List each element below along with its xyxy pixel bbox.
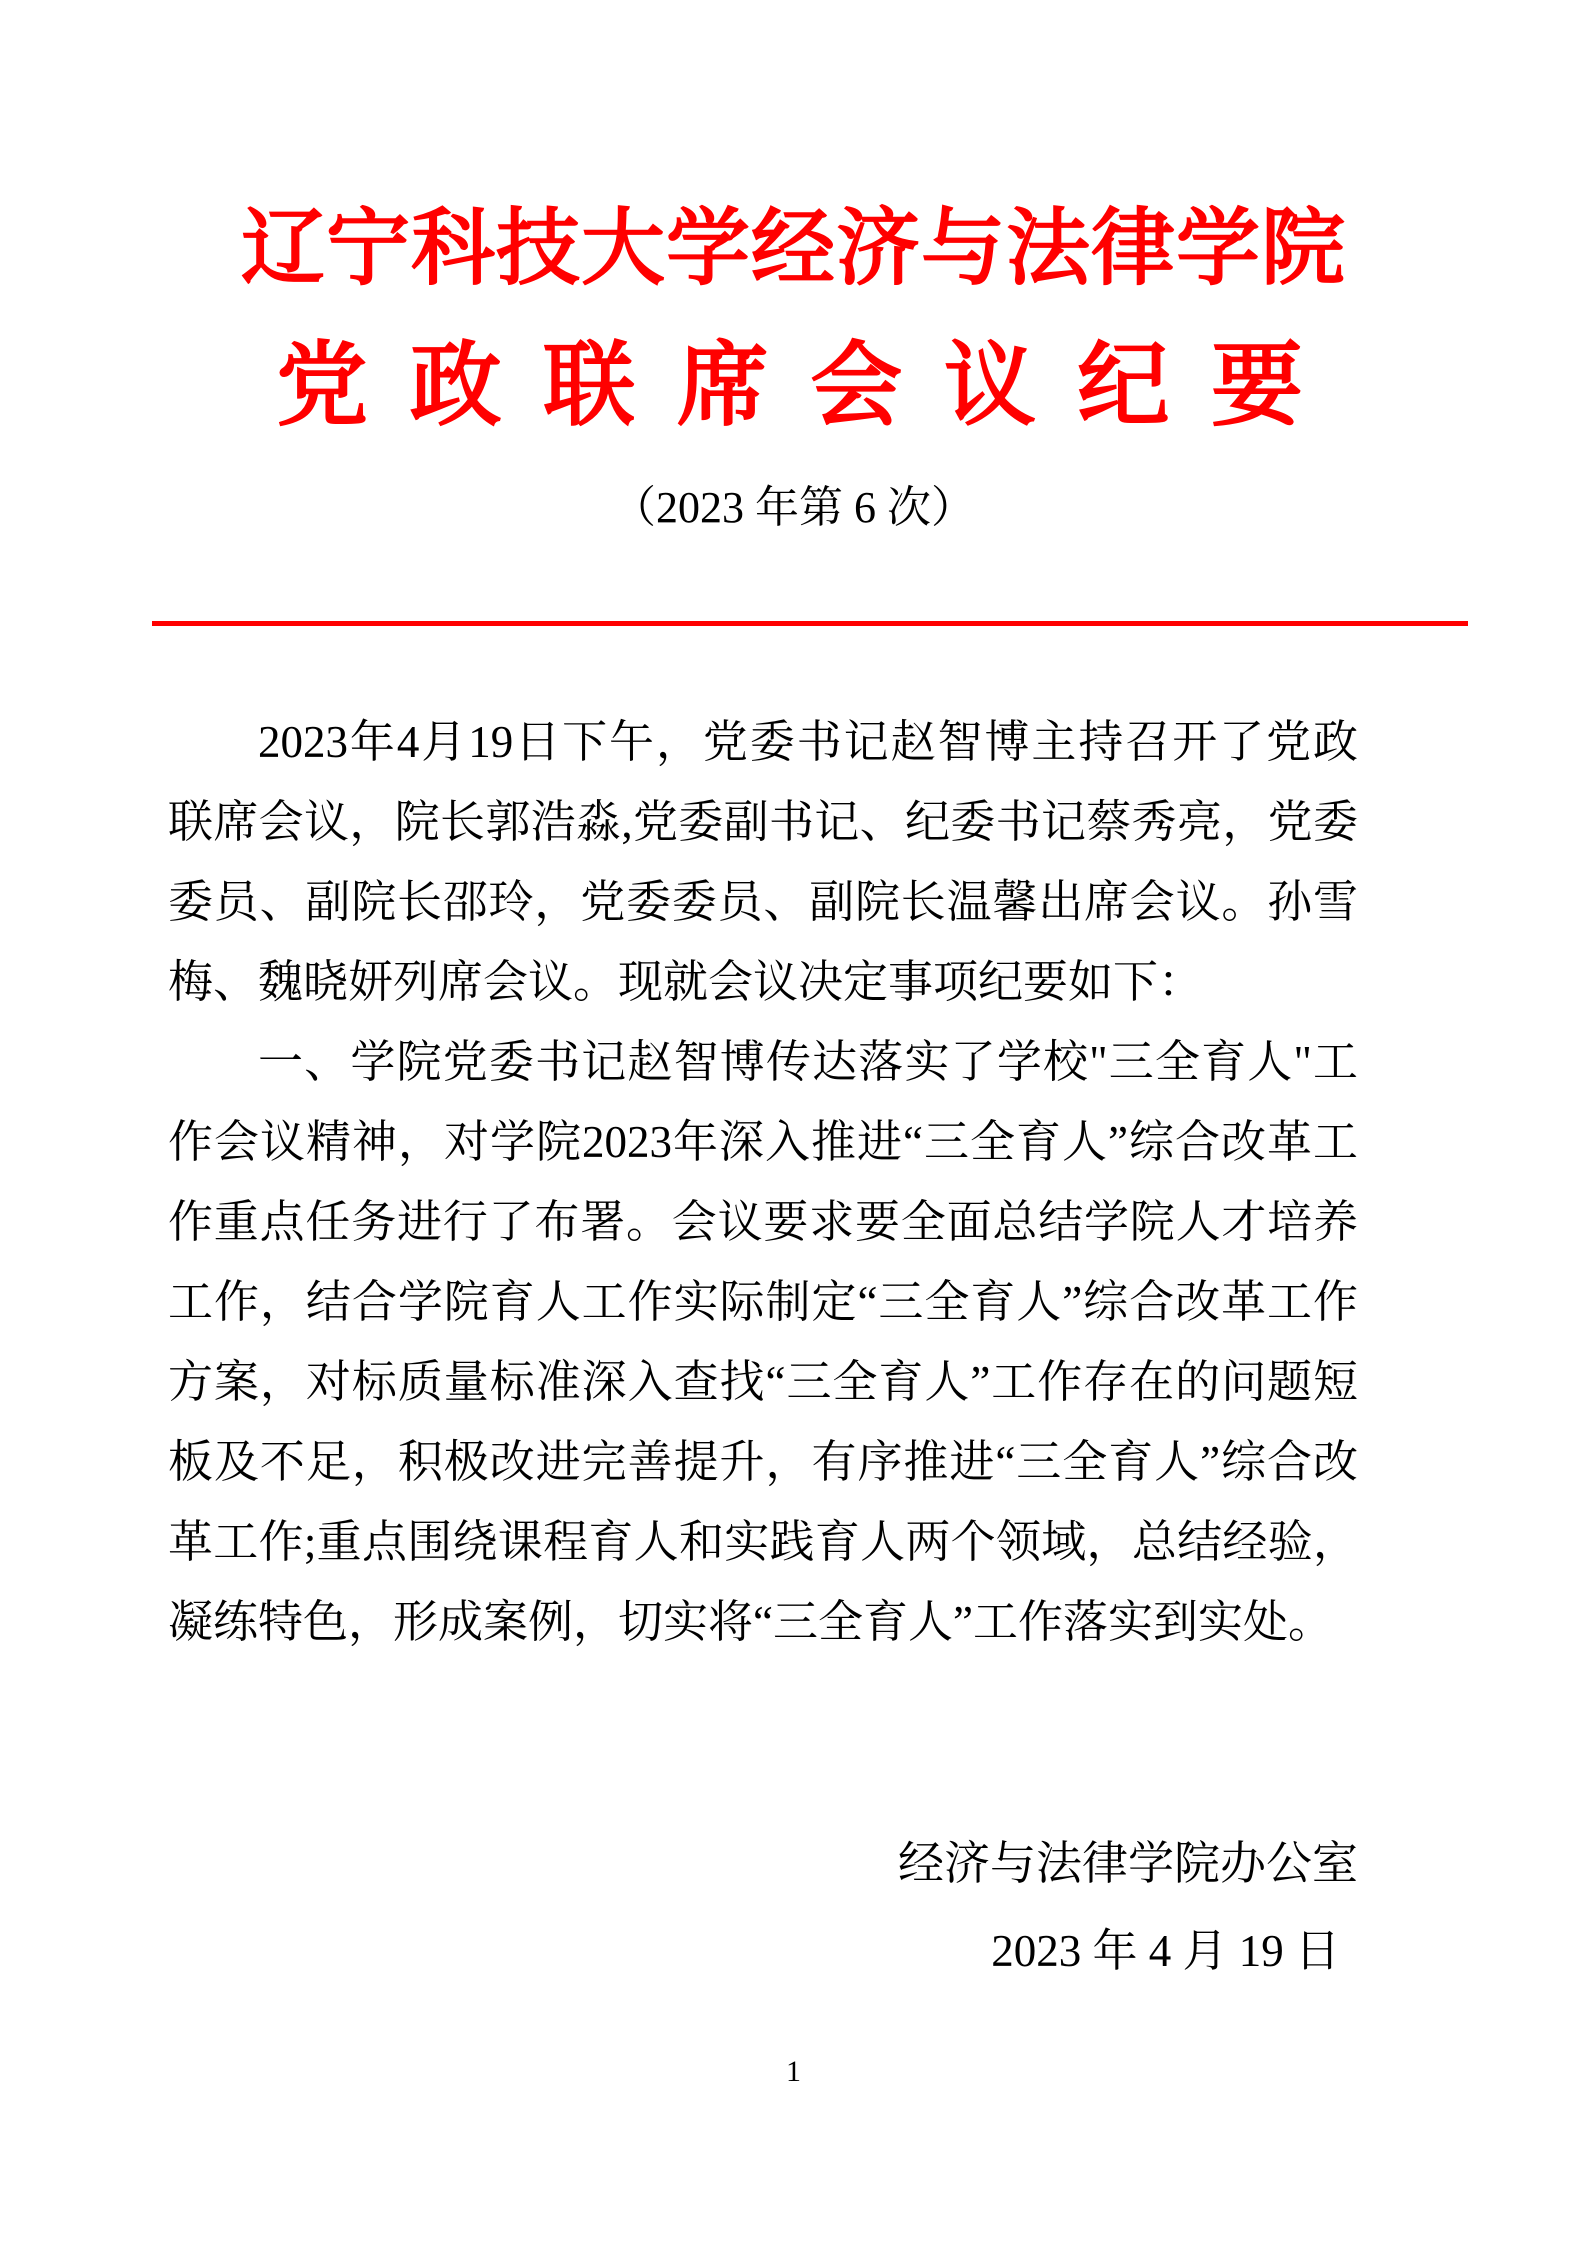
paragraph-agenda-item-1: 一、学院党委书记赵智博传达落实了学校"三全育人"工作会议精神，对学院2023年深… (168, 1022, 1358, 1662)
document-issue-number: （2023 年第 6 次） (0, 482, 1587, 535)
document-title-line1: 辽宁科技大学经济与法律学院 (0, 200, 1587, 297)
document-body: 2023年4月19日下午，党委书记赵智博主持召开了党政联席会议，院长郭浩淼,党委… (168, 702, 1358, 1662)
document-title-line2: 党 政 联 席 会 议 纪 要 (0, 334, 1587, 440)
paragraph-meeting-attendance: 2023年4月19日下午，党委书记赵智博主持召开了党政联席会议，院长郭浩淼,党委… (168, 702, 1358, 1022)
document-page: 辽宁科技大学经济与法律学院 党 政 联 席 会 议 纪 要 （2023 年第 6… (0, 0, 1587, 2245)
header-divider-rule (152, 621, 1468, 626)
signature-office-name: 经济与法律学院办公室 (168, 1836, 1358, 1891)
page-number: 1 (0, 2054, 1587, 2090)
signature-date: 2023 年 4 月 19 日 (168, 1924, 1340, 1978)
